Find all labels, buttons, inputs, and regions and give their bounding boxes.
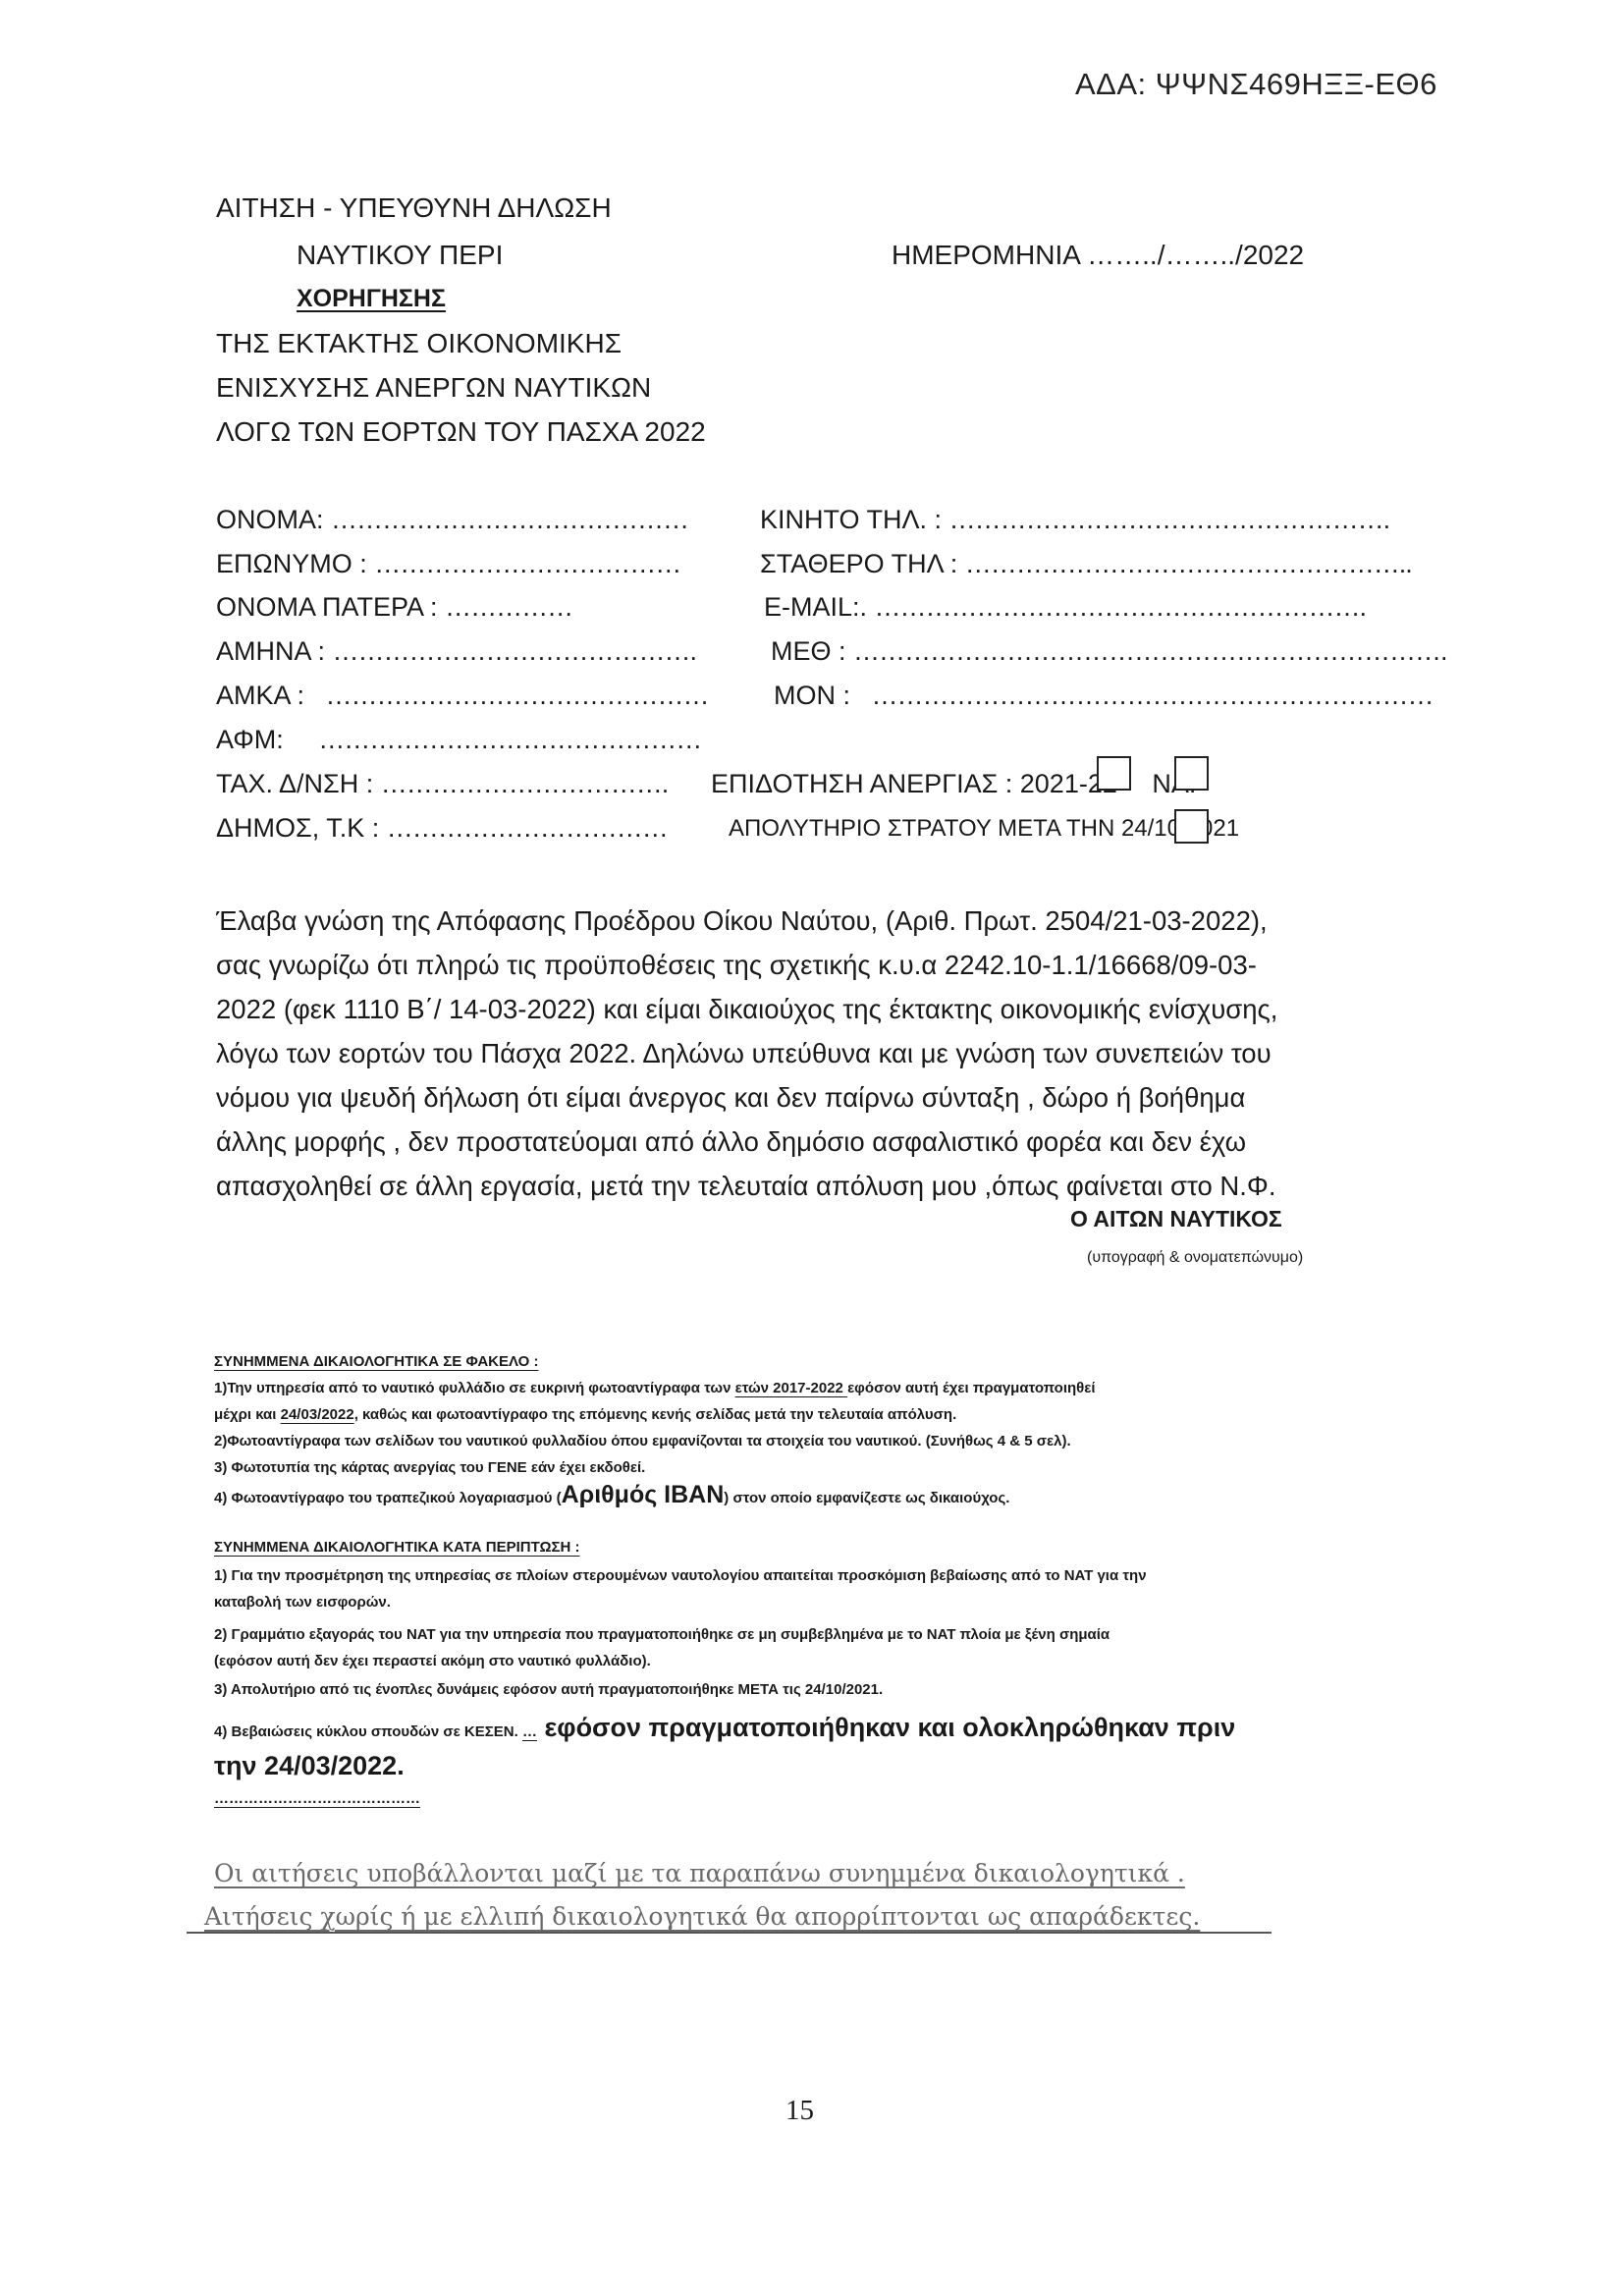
field-input[interactable]: …………………………………… xyxy=(331,505,688,534)
declaration-line: σας γνωρίζω ότι πληρώ τις προϋποθέσεις τ… xyxy=(216,943,1394,987)
date-field[interactable]: ΗΜΕΡΟΜΗΝΙΑ ……../……../2022 xyxy=(892,240,1304,271)
field-input[interactable]: ……………………………… xyxy=(374,549,680,578)
field-amhna[interactable]: ΑΜΗΝΑ : ……………………………………. xyxy=(216,636,696,667)
field-input[interactable]: ……………………………. xyxy=(381,769,669,798)
field-label: ΚΙΝΗΤΟ ΤΗΛ. : xyxy=(760,505,942,534)
field-label: ΟΝΟΜΑ ΠΑΤΕΡΑ : xyxy=(216,592,438,622)
field-label: ΤΑΧ. Δ/ΝΣΗ : xyxy=(216,769,373,798)
conditional-item-4-cont: την 24/03/2022. xyxy=(214,1751,405,1781)
field-label: ΑΜΗΝΑ : xyxy=(216,636,325,666)
declaration-line: 2022 (φεκ 1110 Β΄/ 14-03-2022) και είμαι… xyxy=(216,987,1394,1031)
signer-title: Ο ΑΙΤΩΝ ΝΑΥΤΙΚΟΣ xyxy=(1070,1206,1282,1232)
field-label: ΑΜΚΑ : xyxy=(216,681,304,710)
field-input[interactable]: ………………………………………………………… xyxy=(872,681,1434,710)
notice-line-1: Οι αιτήσεις υποβάλλονται μαζί με τα παρα… xyxy=(214,1859,1185,1887)
field-label: ΔΗΜΟΣ, Τ.Κ : xyxy=(216,813,379,843)
conditional-item-3: 3) Απολυτήριο από τις ένοπλες δυνάμεις ε… xyxy=(214,1681,883,1698)
field-label: ΟΝΟΜΑ: xyxy=(216,505,324,534)
field-mobile-phone[interactable]: ΚΙΝΗΤΟ ΤΗΛ. : ……………………………………………. xyxy=(760,505,1389,535)
declaration-line: νόμου για ψευδή δήλωση ότι είμαι άνεργος… xyxy=(216,1075,1394,1120)
date-value[interactable]: ……../……../2022 xyxy=(1087,240,1304,270)
unemployment-label: ΕΠΙΔΟΤΗΣΗ ΑΝΕΡΓΙΑΣ : 2021-22 xyxy=(711,769,1117,798)
title-line-5: ΕΝΙΣΧΥΣΗΣ ΑΝΕΡΓΩΝ ΝΑΥΤΙΚΩΝ xyxy=(216,372,651,404)
field-label: ΕΠΩΝΥΜΟ : xyxy=(216,549,367,578)
attachment-item-3: 3) Φωτοτυπία της κάρτας ανεργίας του ΓΕΝ… xyxy=(214,1459,645,1476)
ada-code: ΑΔΑ: ΨΨΝΣ469ΗΞΞ-ΕΘ6 xyxy=(1075,67,1437,102)
declaration-line: λόγω των εορτών του Πάσχα 2022. Δηλώνω υ… xyxy=(216,1031,1394,1075)
field-mon[interactable]: ΜΟΝ : ………………………………………………………… xyxy=(774,681,1434,711)
field-meth[interactable]: ΜΕΘ : ……………………………………………………………. xyxy=(771,636,1447,667)
unemployment-checkbox-a[interactable] xyxy=(1097,756,1131,791)
field-input[interactable]: ……………………………………………………………. xyxy=(853,636,1447,666)
field-input[interactable]: ……………………………………………. xyxy=(949,505,1390,534)
title-line-3: ΧΟΡΗΓΗΣΗΣ xyxy=(297,285,446,313)
attachment-item-2: 2)Φωτοαντίγραφα των σελίδων του ναυτικού… xyxy=(214,1433,1071,1449)
field-name[interactable]: ΟΝΟΜΑ: …………………………………… xyxy=(216,505,688,535)
attachment-item-1-cont: μέχρι και 24/03/2022, καθώς και φωτοαντί… xyxy=(214,1406,956,1423)
field-email[interactable]: E-MAIL:. …………………………………………………. xyxy=(764,592,1366,623)
declaration-paragraph: Έλαβα γνώση της Απόφασης Προέδρου Οίκου … xyxy=(216,899,1394,1208)
field-afm[interactable]: ΑΦΜ: ……………………………………… xyxy=(216,725,701,755)
field-municipality-zip[interactable]: ΔΗΜΟΣ, Τ.Κ : …………………………… xyxy=(216,813,668,844)
declaration-line: απασχοληθεί σε άλλη εργασία, μετά την τε… xyxy=(216,1164,1394,1208)
conditional-item-2-cont: (εφόσον αυτή δεν έχει περαστεί ακόμη στο… xyxy=(214,1653,651,1669)
unemployment-checkbox-b[interactable] xyxy=(1174,756,1209,791)
field-label: ΣΤΑΘΕΡΟ ΤΗΛ : xyxy=(760,549,957,578)
field-amka[interactable]: ΑΜΚΑ : ……………………………………… xyxy=(216,681,709,711)
field-landline-phone[interactable]: ΣΤΑΘΕΡΟ ΤΗΛ : …………………………………………….. xyxy=(760,549,1412,579)
military-discharge-label: ΑΠΟΛΥΤΗΡΙΟ ΣΤΡΑΤΟΥ ΜΕΤΑ ΤΗΝ 24/10/2021 xyxy=(729,815,1239,843)
notice-rule xyxy=(187,1932,1272,1934)
date-label: ΗΜΕΡΟΜΗΝΙΑ xyxy=(892,240,1079,270)
title-line-2: ΝΑΥΤΙΚΟΥ ΠΕΡΙ xyxy=(297,240,503,271)
declaration-line: Έλαβα γνώση της Απόφασης Προέδρου Οίκου … xyxy=(216,899,1394,943)
conditional-item-1-cont: καταβολή των εισφορών. xyxy=(214,1594,391,1611)
field-postal-address[interactable]: ΤΑΧ. Δ/ΝΣΗ : ……………………………. xyxy=(216,769,668,799)
military-discharge-checkbox[interactable] xyxy=(1174,809,1209,844)
title-line-1: ΑΙΤΗΣΗ - ΥΠΕΥΘΥΝΗ ΔΗΛΩΣΗ xyxy=(216,192,612,224)
conditional-heading: ΣΥΝΗΜΜΕΝΑ ΔΙΚΑΙΟΛΟΓΗΤΙΚΑ ΚΑΤΑ ΠΕΡΙΠΤΩΣΗ … xyxy=(214,1539,580,1556)
attachments-heading: ΣΥΝΗΜΜΕΝΑ ΔΙΚΑΙΟΛΟΓΗΤΙΚΑ ΣΕ ΦΑΚΕΛΟ : xyxy=(214,1353,538,1370)
signature-field[interactable]: (υπογραφή & ονοματεπώνυμο) xyxy=(1087,1249,1303,1267)
attachment-item-4: 4) Φωτοαντίγραφο του τραπεζικού λογαριασ… xyxy=(214,1481,1009,1509)
conditional-item-4: 4) Βεβαιώσεις κύκλου σπουδών σε ΚΕΣΕΝ. …… xyxy=(214,1713,1235,1743)
field-input[interactable]: ……………………………………… xyxy=(326,681,709,710)
field-input[interactable]: …………… xyxy=(445,592,572,622)
field-input[interactable]: ……………………………………… xyxy=(318,725,701,754)
conditional-item-1: 1) Για την προσμέτρηση της υπηρεσίας σε … xyxy=(214,1567,1147,1584)
field-label: ΜΟΝ : xyxy=(774,681,850,710)
notice-line-2: Αιτήσεις χωρίς ή με ελλιπή δικαιολογητικ… xyxy=(204,1902,1200,1931)
page-number: 15 xyxy=(785,2095,814,2127)
field-input[interactable]: …………………………………………….. xyxy=(965,549,1412,578)
conditional-item-2: 2) Γραμμάτιο εξαγοράς του ΝΑΤ για την υπ… xyxy=(214,1626,1110,1643)
field-input[interactable]: …………………………… xyxy=(387,813,668,843)
field-label: ΑΦΜ: xyxy=(216,725,284,754)
title-line-6: ΛΟΓΩ ΤΩΝ ΕΟΡΤΩΝ ΤΟΥ ΠΑΣΧΑ 2022 xyxy=(216,416,706,448)
field-label: E-MAIL:. xyxy=(764,592,867,622)
field-father-name[interactable]: ΟΝΟΜΑ ΠΑΤΕΡΑ : …………… xyxy=(216,592,572,623)
attachment-item-1: 1)Την υπηρεσία από το ναυτικό φυλλάδιο σ… xyxy=(214,1380,1096,1396)
declaration-line: άλλης μορφής , δεν προστατεύομαι από άλλ… xyxy=(216,1120,1394,1164)
field-label: ΜΕΘ : xyxy=(771,636,846,666)
field-input[interactable]: …………………………………………………. xyxy=(875,592,1367,622)
field-surname[interactable]: ΕΠΩΝΥΜΟ : ……………………………… xyxy=(216,549,680,579)
title-line-4: ΤΗΣ ΕΚΤΑΚΤΗΣ ΟΙΚΟΝΟΜΙΚΗΣ xyxy=(216,328,622,359)
field-input[interactable]: ……………………………………. xyxy=(333,636,697,666)
trailing-dots: …………………………………… xyxy=(214,1790,420,1807)
